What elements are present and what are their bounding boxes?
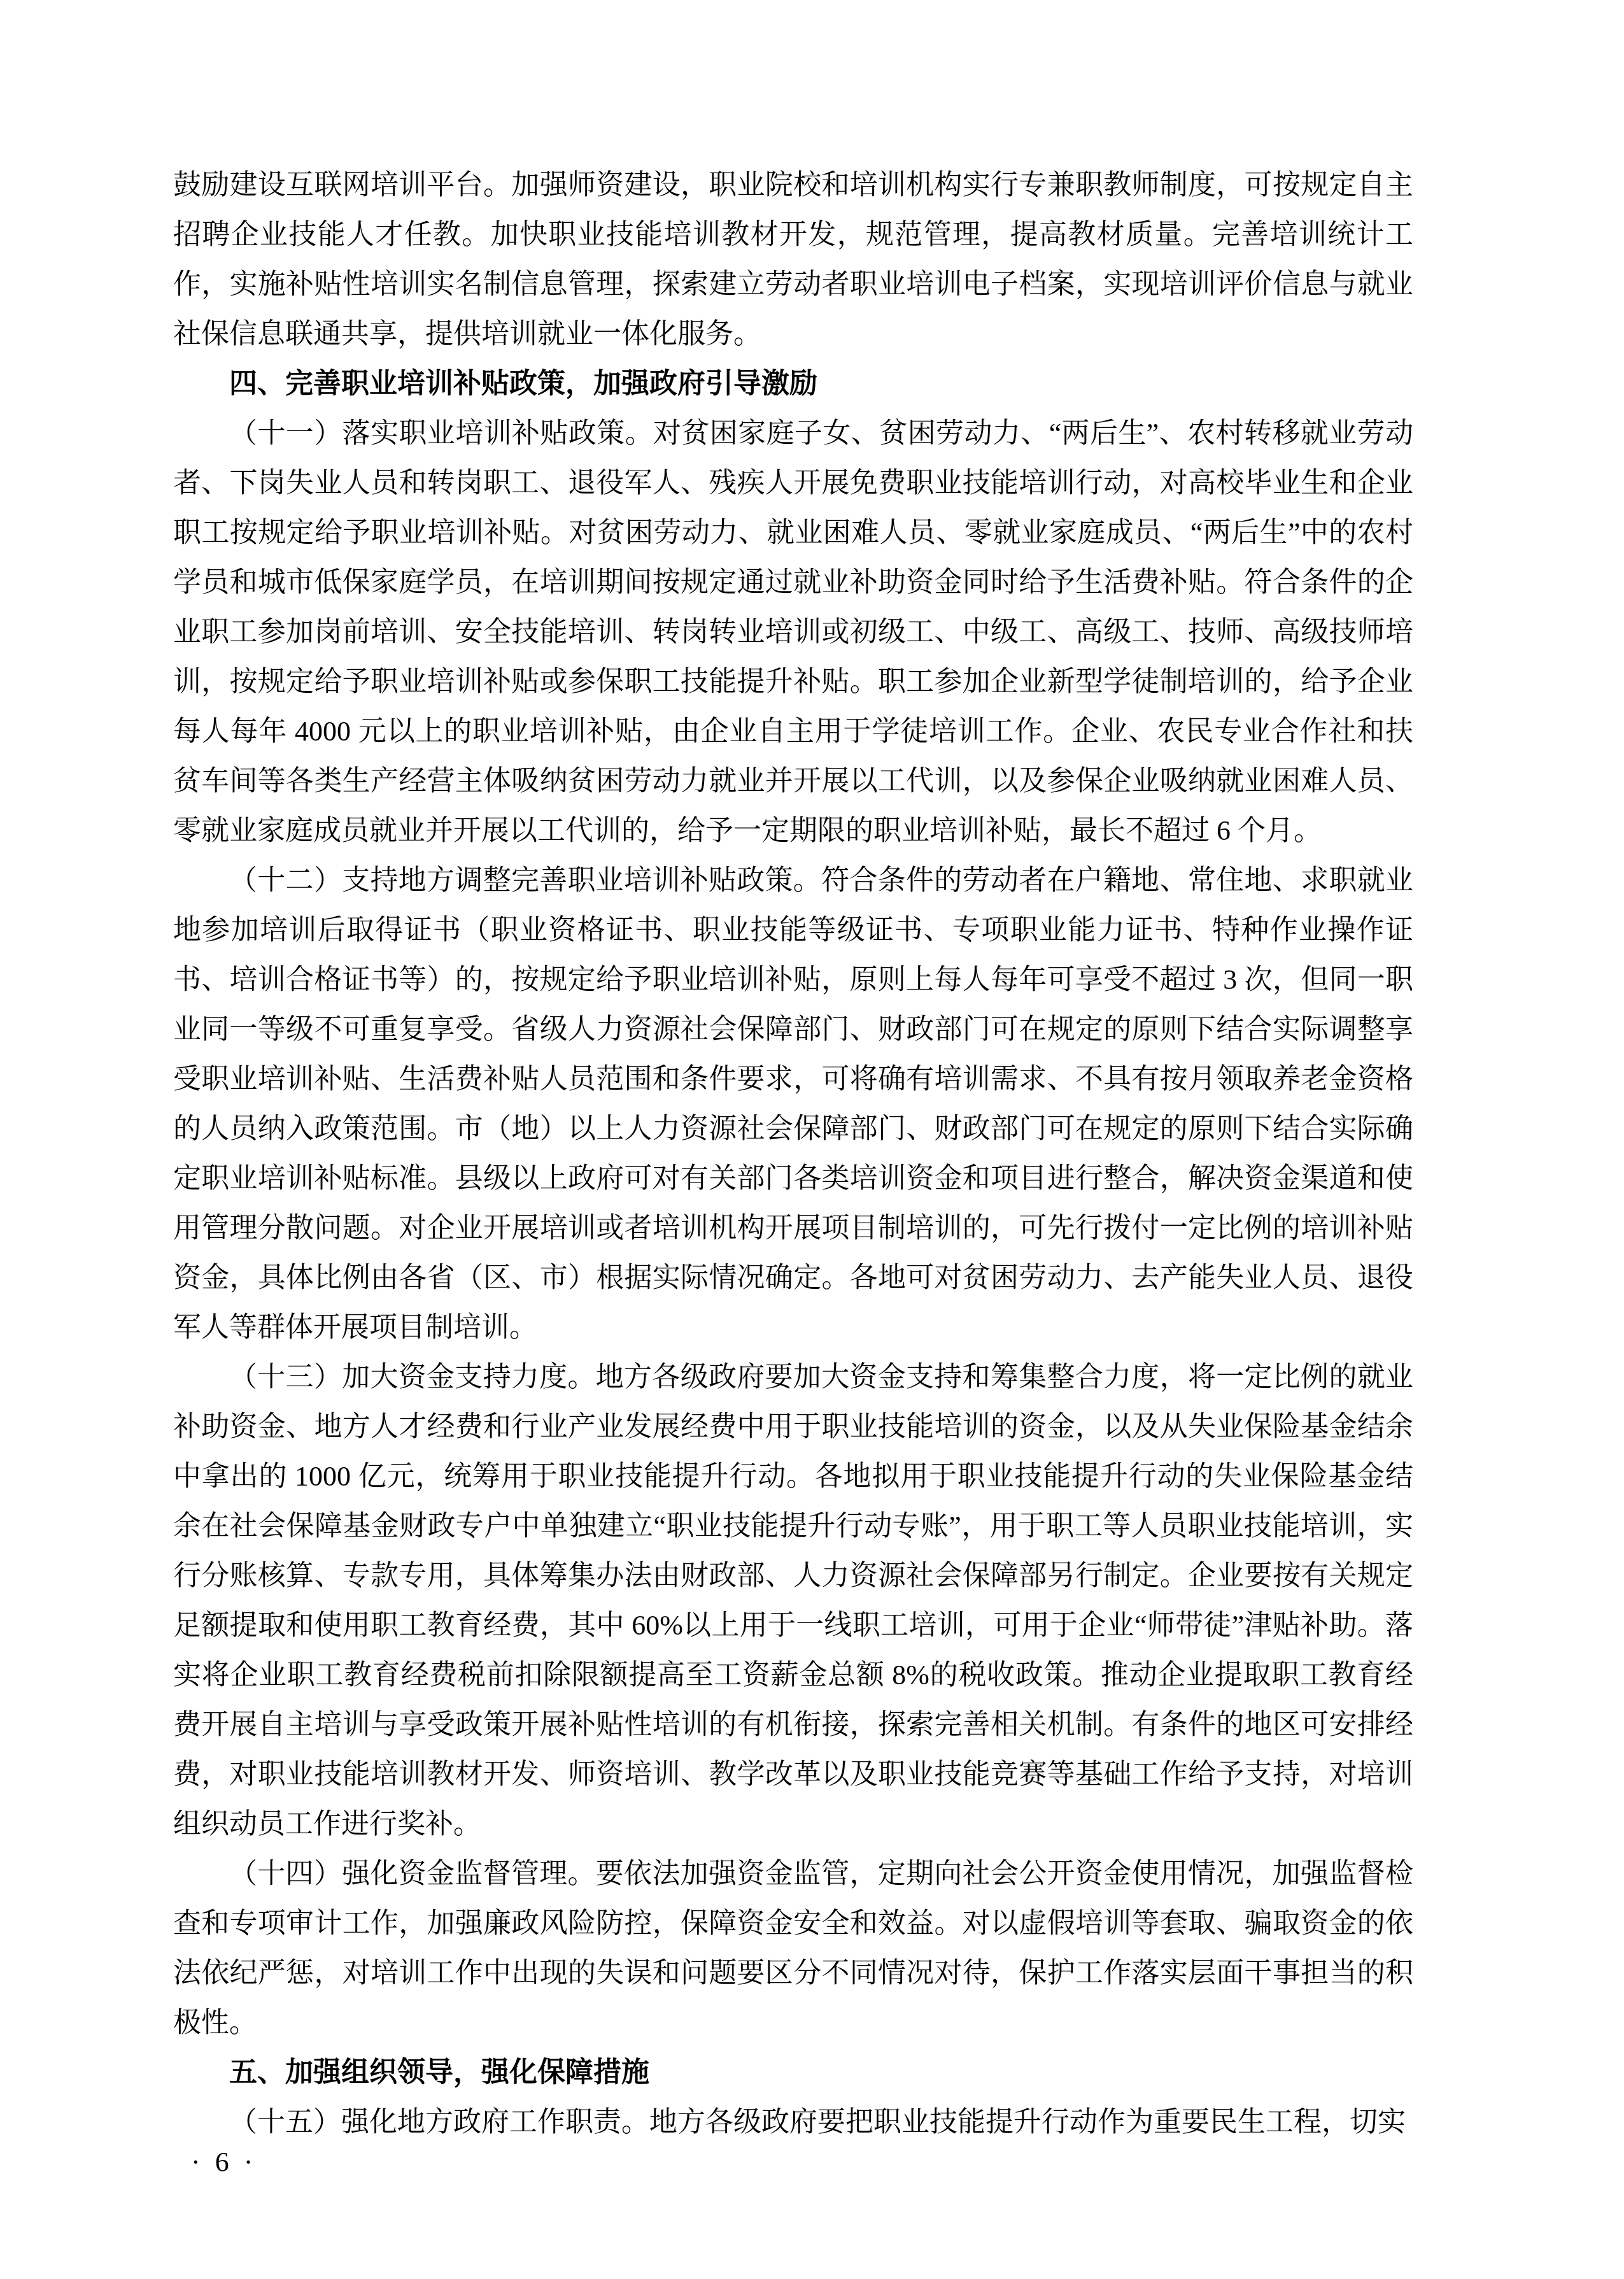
section-heading-5: 五、加强组织领导，强化保障措施 xyxy=(173,2048,1413,2098)
page-number: · 6 · xyxy=(191,2143,257,2182)
paragraph-item-12: （十二）支持地方调整完善职业培训补贴政策。符合条件的劳动者在户籍地、常住地、求职… xyxy=(173,856,1413,1352)
section-heading-4: 四、完善职业培训补贴政策，加强政府引导激励 xyxy=(173,359,1413,409)
paragraph-continuation: 鼓励建设互联网培训平台。加强师资建设，职业院校和培训机构实行专兼职教师制度，可按… xyxy=(173,160,1413,359)
paragraph-item-11: （十一）落实职业培训补贴政策。对贫困家庭子女、贫困劳动力、“两后生”、农村转移就… xyxy=(173,409,1413,856)
paragraph-item-15: （十五）强化地方政府工作职责。地方各级政府要把职业技能提升行动作为重要民生工程，… xyxy=(173,2098,1413,2147)
paragraph-item-13: （十三）加大资金支持力度。地方各级政府要加大资金支持和筹集整合力度，将一定比例的… xyxy=(173,1352,1413,1849)
paragraph-item-14: （十四）强化资金监督管理。要依法加强资金监管，定期向社会公开资金使用情况，加强监… xyxy=(173,1849,1413,2048)
document-page: 鼓励建设互联网培训平台。加强师资建设，职业院校和培训机构实行专兼职教师制度，可按… xyxy=(0,0,1624,2279)
document-body: 鼓励建设互联网培训平台。加强师资建设，职业院校和培训机构实行专兼职教师制度，可按… xyxy=(173,160,1413,2147)
